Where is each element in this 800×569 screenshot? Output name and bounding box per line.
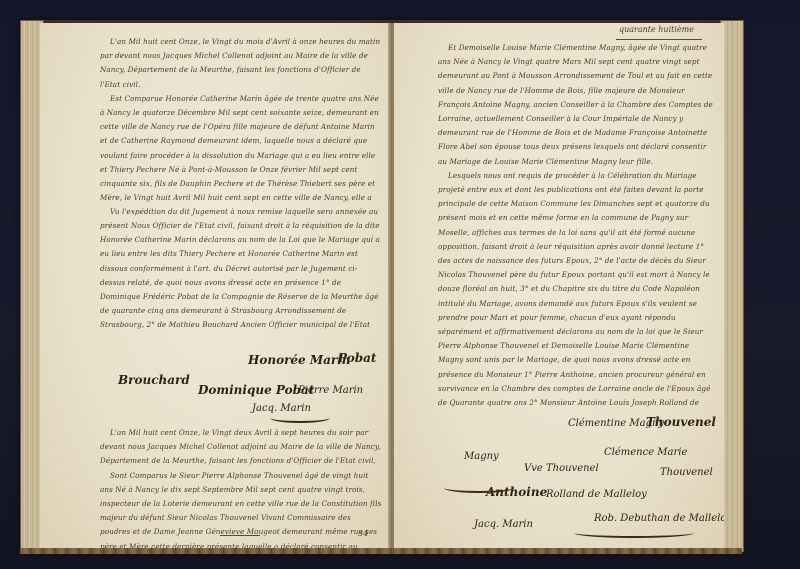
signature-flourish-right-1: [444, 483, 514, 493]
act-2-paragraph-2: Sont Comparus le Sieur Pierre Alphonse T…: [100, 469, 382, 548]
signature-flourish-right-2: [574, 528, 694, 538]
left-page: L'an Mil huit cent Onze, le Vingt du moi…: [40, 23, 393, 548]
signature-thouvenel: Thouvenel: [646, 415, 716, 429]
signature-magny: Magny: [464, 451, 499, 462]
signature-pierre-marin: Pierre Marin: [298, 385, 363, 396]
signature-clemence-marie: Clémence Marie: [604, 447, 687, 458]
signature-flourish: [270, 413, 330, 423]
act-1-text: L'an Mil huit cent Onze, le Vingt du moi…: [100, 35, 382, 332]
act-2-continuation-paragraph-1: Et Demoiselle Louise Marie Clémentine Ma…: [438, 41, 716, 169]
right-page: quarante huitième Et Demoiselle Louise M…: [392, 23, 724, 548]
act-2-continuation-paragraph-2: Lesquels nous ont requis de procéder à l…: [438, 169, 716, 410]
act-1-paragraph-3: Vu l'expédition du dit Jugement à nous r…: [100, 205, 382, 332]
signature-jacq-marin-right: Jacq. Marin: [474, 519, 533, 530]
act-1-paragraph-1: L'an Mil huit cent Onze, le Vingt du moi…: [100, 35, 382, 92]
act-2-text: L'an Mil huit cent Onze, le Vingt deux A…: [100, 426, 382, 548]
act-2-paragraph-1: L'an Mil huit cent Onze, le Vingt deux A…: [100, 426, 382, 469]
signature-dominique-pobat: Dominique Pobat: [198, 383, 314, 397]
signature-debuthan-de-malleloy: Rob. Debuthan de Malleloy: [594, 513, 724, 524]
signature-honoree-marin: Honorée Marin: [248, 353, 351, 367]
signature-vve-thouvenel: Vve Thouvenel: [524, 463, 599, 474]
signature-thouvenel-2: Thouvenel: [660, 467, 713, 478]
signature-rolland-de-malleloy: Rolland de Malleloy: [546, 489, 647, 500]
signature-brouchard: Brouchard: [118, 373, 190, 387]
act-1-paragraph-2: Est Comparue Honorée Catherine Marin âgé…: [100, 92, 382, 205]
signature-pobat: Pobat: [338, 351, 376, 365]
margin-note-underline: [616, 39, 702, 40]
folio-number: 34: [358, 529, 368, 538]
act-2-continuation-text: Et Demoiselle Louise Marie Clémentine Ma…: [438, 41, 716, 410]
margin-note-act-number: quarante huitième: [619, 25, 694, 34]
book-bottom-edge: [20, 548, 742, 554]
closing-rule: [220, 535, 260, 536]
